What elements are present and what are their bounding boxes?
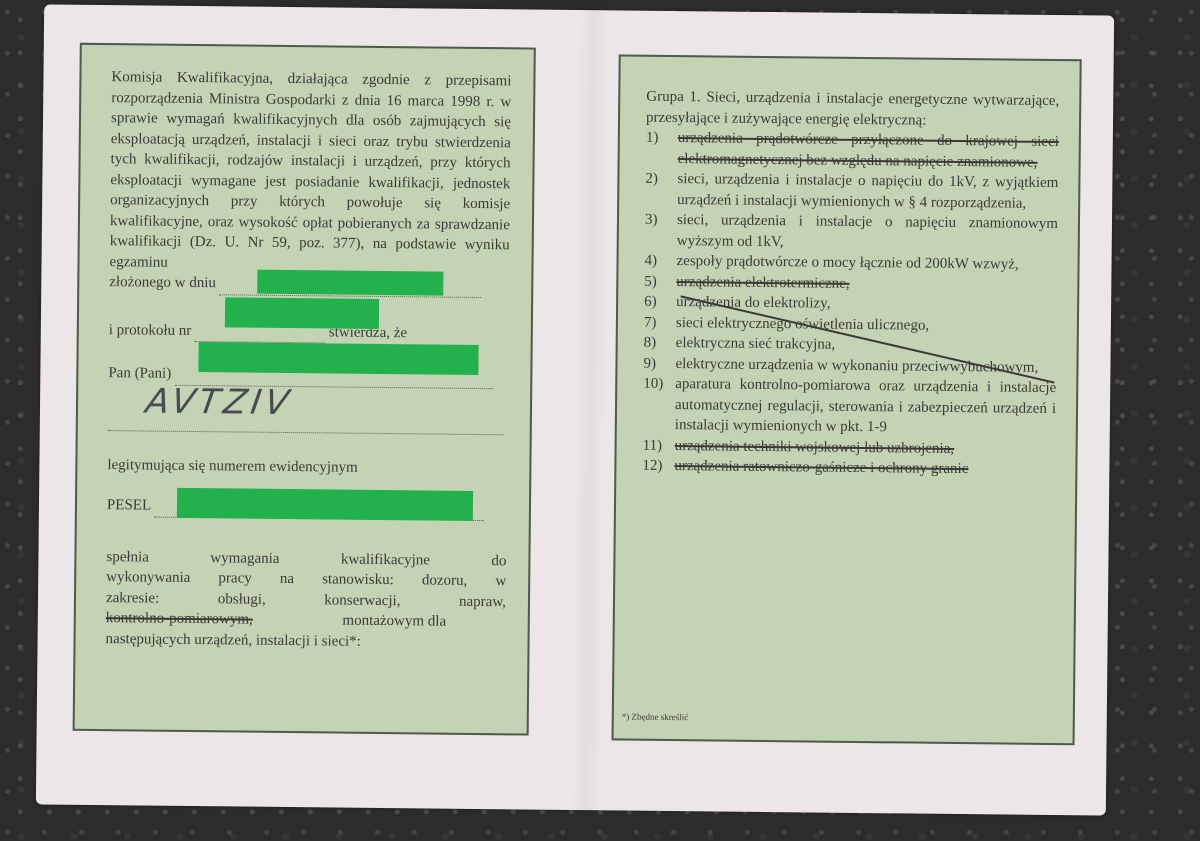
footnote: *) Zbędne skreślić [622, 706, 689, 727]
item-text-struck: urządzenia techniki wojskowej lub uzbroj… [675, 438, 955, 457]
item-text: sieci, urządzenia i instalacje o napięci… [677, 171, 1058, 211]
installation-list: 1)urządzenia prądotwórcze przyłączone do… [642, 128, 1059, 481]
item-number: 12) [642, 456, 662, 477]
exam-date-label: złożonego w dniu [109, 274, 216, 291]
left-page: Komisja Kwalifikacyjna, działająca zgodn… [73, 43, 536, 736]
item-text: sieci, urządzenia i instalacje o napięci… [677, 212, 1058, 250]
item-text: aparatura kontrolno-pomiarowa oraz urząd… [675, 376, 1057, 435]
item-text-struck: urządzenia ratowniczo-gaśnicze i ochrony… [674, 458, 968, 477]
item-text: urządzenia do elektrolizy, [676, 294, 831, 312]
struck-scope: kontrolno-pomiarowym, [106, 608, 253, 630]
list-item: 3)sieci, urządzenia i instalacje o napię… [645, 210, 1058, 255]
pesel-label: PESEL [107, 497, 151, 513]
item-text-struck: urządzenia elektrotermiczne, [676, 274, 849, 292]
protocol-field: i protokołu nr stwierdza, że [109, 320, 509, 346]
id-label: legitymująca się numerem ewidencyjnym [107, 455, 507, 480]
item-text: zespoły prądotwórcze o mocy łącznie od 2… [676, 253, 1018, 273]
name-label: Pan (Pani) [108, 365, 171, 382]
list-item: 12)urządzenia ratowniczo-gaśnicze i ochr… [642, 456, 1055, 481]
item-number: 6) [644, 292, 657, 313]
list-item: 1)urządzenia prądotwórcze przyłączone do… [646, 128, 1059, 173]
handwritten-line: AVTZIV [108, 391, 508, 435]
item-number: 5) [644, 271, 657, 292]
item-number: 7) [644, 312, 657, 333]
redaction-pesel [177, 488, 473, 521]
item-text: elektryczna sieć trakcyjna, [676, 335, 836, 353]
certificate-card: Komisja Kwalifikacyjna, działająca zgodn… [36, 4, 1114, 815]
item-text: sieci elektrycznego oświetlenia uliczneg… [676, 315, 929, 334]
list-item: 2)sieci, urządzenia i instalacje o napię… [645, 169, 1058, 214]
item-text-struck: urządzenia prądotwórcze przyłączone do k… [678, 130, 1059, 170]
right-page: Grupa 1. Sieci, urządzenia i instalacje … [612, 54, 1082, 745]
closing-line: następujących urządzeń, instalacji i sie… [105, 629, 505, 654]
item-number: 10) [643, 374, 663, 395]
redaction-protocol [225, 297, 379, 329]
exam-date-field: złożonego w dniu [109, 272, 509, 298]
item-number: 8) [644, 333, 657, 354]
redaction-name [198, 342, 478, 375]
item-number: 1) [646, 128, 659, 149]
scope-tail: montażowym dla [253, 610, 506, 633]
pesel-field: PESEL [107, 495, 507, 521]
item-number: 4) [644, 251, 657, 272]
center-fold [571, 10, 609, 810]
protocol-label: i protokołu nr [109, 322, 192, 339]
intro-paragraph: Komisja Kwalifikacyjna, działająca zgodn… [109, 67, 511, 276]
item-number: 3) [645, 210, 658, 231]
item-text: elektryczne urządzenia w wykonaniu przec… [675, 356, 1038, 376]
item-number: 2) [645, 169, 658, 190]
item-number: 9) [643, 353, 656, 374]
qualification-block: spełnia wymagania kwalifikacyjne do wyko… [105, 547, 506, 654]
redaction-exam-date [257, 270, 443, 296]
list-item: 10)aparatura kontrolno-pomiarowa oraz ur… [643, 374, 1057, 440]
item-number: 11) [643, 435, 663, 456]
group-heading: Grupa 1. Sieci, urządzenia i instalacje … [646, 87, 1059, 132]
